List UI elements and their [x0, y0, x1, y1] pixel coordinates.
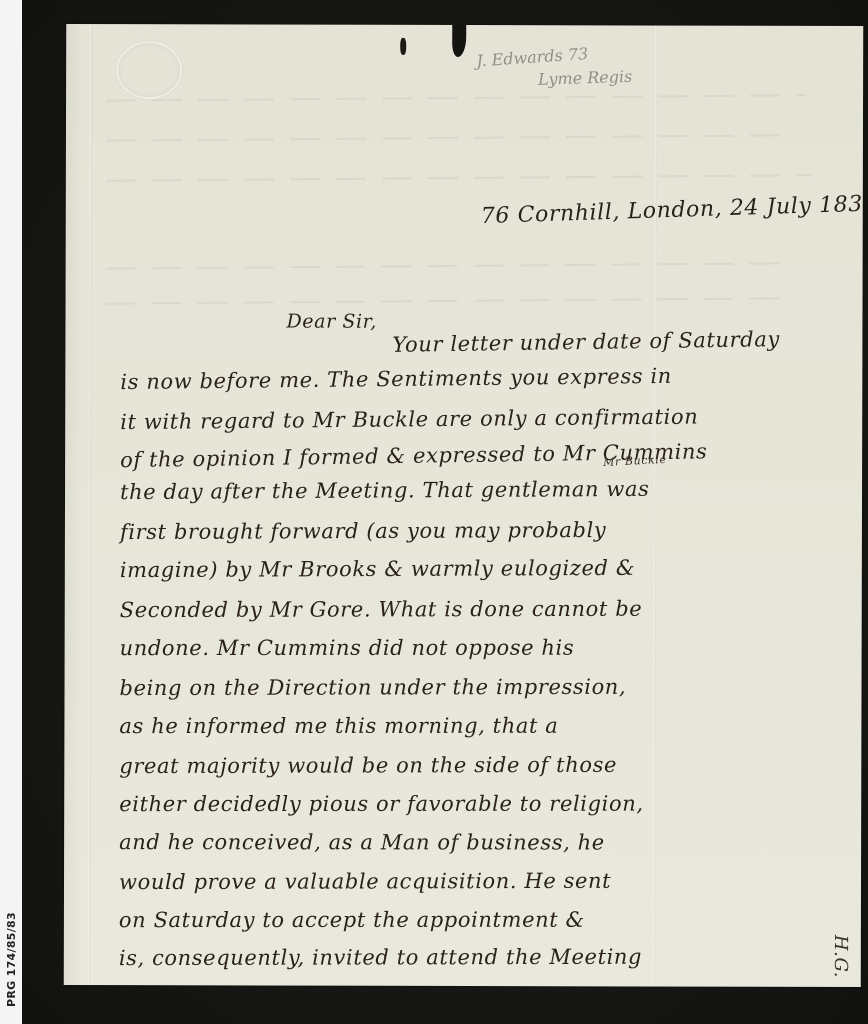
bleed-through-line [106, 174, 811, 182]
letter-page: J. Edwards 73 Lyme Regis 76 Cornhill, Lo… [64, 24, 864, 987]
letter-line: it with regard to Mr Buckle are only a c… [120, 405, 698, 435]
bleed-through-line [106, 94, 806, 101]
salutation: Dear Sir, [286, 311, 377, 333]
letter-line: on Wednesday. Mr Cummins is exceedingly … [119, 986, 675, 987]
letter-line: great majority would be on the side of t… [119, 753, 617, 778]
ink-blot [400, 38, 406, 55]
address-and-date: 76 Cornhill, London, 24 July 1837. [480, 191, 863, 229]
letter-line: undone. Mr Cummins did not oppose his [120, 636, 575, 660]
letter-line: imagine) by Mr Brooks & warmly eulogized… [120, 556, 635, 582]
bleed-through-line [106, 262, 786, 269]
letter-line: and he conceived, as a Man of business, … [119, 830, 605, 854]
letter-line: Seconded by Mr Gore. What is done cannot… [120, 597, 643, 622]
letter-line: on Saturday to accept the appointment & [119, 908, 585, 932]
margin-fold-line [88, 24, 92, 985]
corner-initials: H.G. [830, 935, 851, 978]
interlinear-insertion: Mr Buckle [603, 453, 667, 469]
letter-line: is now before me. The Sentiments you exp… [120, 364, 672, 394]
archive-label-strip: PRG 174/85/83 [0, 0, 22, 1024]
bleed-through-line [106, 134, 796, 141]
vertical-fold-crease [653, 26, 658, 987]
archive-reference-text: PRG 174/85/83 [5, 912, 18, 1007]
embossed-blind-stamp [116, 41, 182, 99]
archive-reference: PRG 174/85/83 [2, 904, 20, 1014]
letter-line: Your letter under date of Saturday [392, 327, 780, 357]
paper-tear [452, 24, 466, 57]
pencil-annotation-line2: Lyme Regis [538, 66, 633, 91]
letter-line: is, consequently, invited to attend the … [119, 945, 642, 970]
document-viewer: PRG 174/85/83 J. Edwards 73 Lyme Regis 7… [0, 0, 868, 1024]
pencil-annotation: J. Edwards 73 Lyme Regis [476, 45, 632, 89]
bleed-through-line [106, 297, 796, 304]
letter-body: Your letter under date of Saturday is no… [120, 332, 860, 334]
letter-line: first brought forward (as you may probab… [120, 518, 607, 544]
letter-line: would prove a valuable acquisition. He s… [119, 869, 611, 894]
black-mount-background: J. Edwards 73 Lyme Regis 76 Cornhill, Lo… [22, 0, 868, 1024]
letter-line: the day after the Meeting. That gentlema… [120, 477, 650, 504]
letter-line: either decidedly pious or favorable to r… [119, 792, 643, 816]
letter-line: being on the Direction under the impress… [119, 675, 626, 700]
letter-line: as he informed me this morning, that a [119, 714, 558, 738]
